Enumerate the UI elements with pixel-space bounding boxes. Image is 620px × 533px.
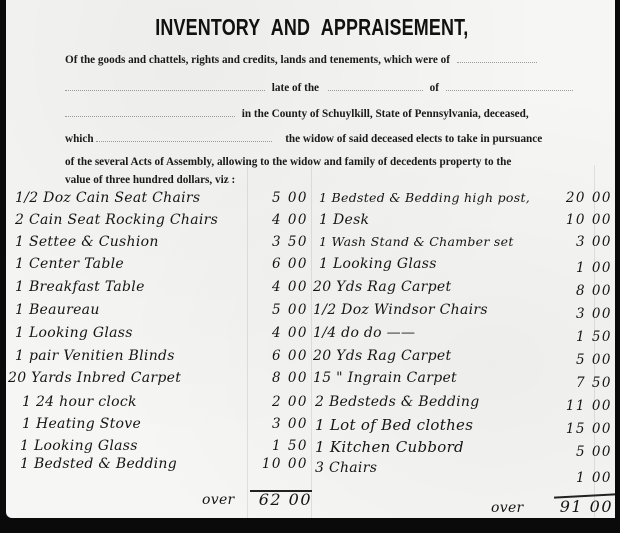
item-amount: 5 00: [248, 302, 308, 318]
item-amount: 1 50: [248, 438, 308, 454]
item-description: 1 pair Venitien Blinds: [15, 348, 175, 364]
form-text: of: [430, 82, 439, 94]
form-text: of the several Acts of Assembly, allowin…: [65, 156, 511, 168]
item-description: 1 Wash Stand & Chamber set: [319, 234, 514, 249]
item-amount: 4 00: [248, 279, 308, 295]
form-text: late of the: [272, 82, 319, 94]
form-text: value of three hundred dollars, viz :: [65, 174, 235, 186]
item-amount: 3 00: [552, 306, 612, 322]
item-amount: 11 00: [552, 398, 612, 414]
item-amount: 1 00: [552, 470, 612, 486]
item-description: 1 Center Table: [15, 256, 124, 272]
item-description: 1/2 Doz Windsor Chairs: [313, 302, 488, 318]
item-description: 1 Bedsted & Bedding: [20, 456, 177, 472]
item-amount: 1 50: [552, 329, 612, 345]
form-text: the widow of said deceased elects to tak…: [285, 133, 542, 145]
item-description: 1 Bedsted & Bedding high post,: [319, 190, 530, 205]
item-description: 20 Yards Inbred Carpet: [8, 370, 181, 386]
item-amount: 4 00: [248, 212, 308, 228]
item-description: 15 " Ingrain Carpet: [313, 370, 457, 386]
form-line-4: which the widow of said deceased elects …: [65, 131, 573, 147]
form-text: Of the goods and chattels, rights and cr…: [65, 54, 450, 66]
item-description: 1 Kitchen Cubbord: [315, 438, 464, 456]
column-rule: [311, 165, 312, 518]
item-description: 1 Lot of Bed clothes: [315, 416, 473, 434]
item-amount: 1 00: [552, 260, 612, 276]
item-description: 2 Bedsteds & Bedding: [315, 394, 479, 410]
item-description: 1 Breakfast Table: [15, 279, 145, 295]
item-amount: 8 00: [248, 370, 308, 386]
form-text: which: [65, 133, 94, 145]
item-amount: 10 00: [248, 456, 308, 472]
item-amount: 8 00: [552, 283, 612, 299]
item-amount: 3 00: [248, 416, 308, 432]
item-amount: 10 00: [552, 212, 612, 228]
blank-location: [65, 106, 235, 117]
item-amount: 4 00: [248, 325, 308, 341]
form-text: in the County of Schuylkill, State of Pe…: [242, 108, 529, 120]
item-amount: 5 00: [552, 444, 612, 460]
form-line-2: late of the of: [65, 80, 573, 96]
item-description: 1 Desk: [319, 212, 369, 228]
item-amount: 2 00: [248, 394, 308, 410]
item-amount: 6 00: [248, 348, 308, 364]
item-description: 1 Looking Glass: [15, 325, 133, 341]
item-amount: 15 00: [552, 421, 612, 437]
item-amount: 6 00: [248, 256, 308, 272]
item-description: 1 Settee & Cushion: [15, 234, 159, 250]
item-description: 1 24 hour clock: [22, 394, 137, 410]
item-amount: 20 00: [552, 190, 612, 206]
blank-widow-name: [96, 131, 272, 142]
item-description: 1 Looking Glass: [319, 256, 437, 272]
blank-decedent-name: [457, 52, 537, 63]
item-amount: 7 50: [552, 375, 612, 391]
form-line-6: value of three hundred dollars, viz :: [65, 172, 573, 188]
item-description: 20 Yds Rag Carpet: [313, 348, 451, 364]
form-line-1: Of the goods and chattels, rights and cr…: [65, 52, 573, 68]
subtotal-amount: 91 00: [553, 497, 613, 516]
item-description: 2 Cain Seat Rocking Chairs: [15, 212, 218, 228]
blank-name-cont: [65, 80, 265, 91]
blank-township-name: [446, 80, 573, 91]
item-amount: 3 00: [552, 234, 612, 250]
item-amount: 5 00: [552, 352, 612, 368]
form-line-3: in the County of Schuylkill, State of Pe…: [65, 106, 573, 122]
item-amount: 5 00: [248, 190, 308, 206]
item-description: 1 Heating Stove: [22, 416, 141, 432]
item-description: 1/2 Doz Cain Seat Chairs: [15, 190, 200, 206]
form-line-5: of the several Acts of Assembly, allowin…: [65, 154, 573, 170]
item-description: 1/4 do do ——: [313, 325, 415, 341]
item-description: 20 Yds Rag Carpet: [313, 279, 451, 295]
subtotal-amount: 62 00: [252, 490, 312, 509]
subtotal-label: over: [202, 492, 235, 508]
subtotal-label: over: [491, 500, 524, 516]
item-description: 1 Looking Glass: [20, 438, 138, 454]
blank-township-type: [328, 80, 423, 91]
inventory-document-page: INVENTORY AND APPRAISEMENT, Of the goods…: [6, 0, 615, 518]
item-amount: 3 50: [248, 234, 308, 250]
item-description: 3 Chairs: [315, 460, 377, 476]
document-title: INVENTORY AND APPRAISEMENT,: [74, 14, 549, 41]
item-description: 1 Beaureau: [15, 302, 100, 318]
